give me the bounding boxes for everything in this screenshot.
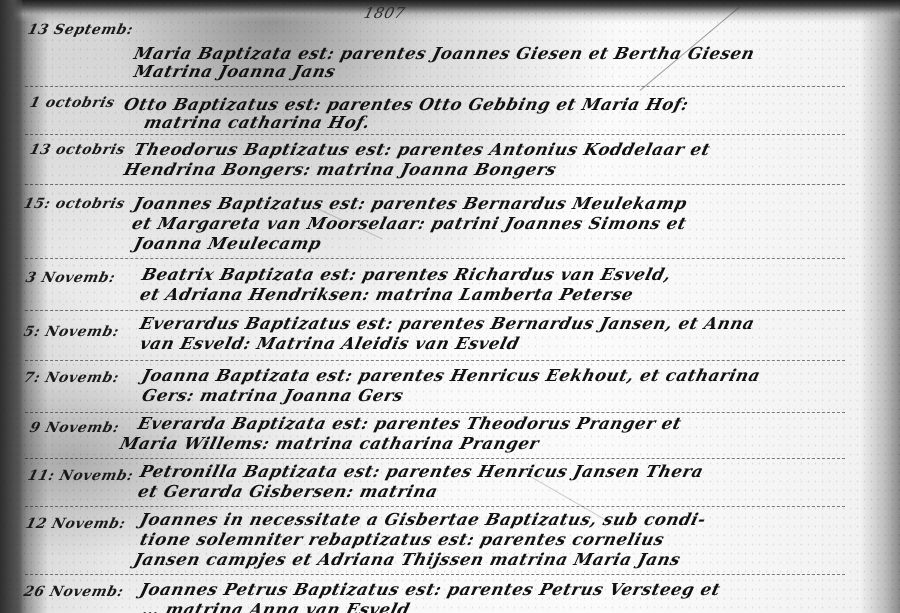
entry-date: 7: Novemb:	[22, 370, 121, 386]
register-page: 1807 13 Septemb: Maria Baptizata est: pa…	[0, 0, 900, 613]
separator-rule	[25, 458, 845, 459]
entry-line: et Adriana Hendriksen: matrina Lamberta …	[138, 285, 636, 304]
entry-line: Hendrina Bongers: matrina Joanna Bongers	[122, 160, 559, 179]
entry-line: matrina catharina Hof.	[142, 113, 372, 132]
top-edge-shadow	[0, 0, 900, 22]
separator-rule	[25, 506, 845, 507]
entry-date: 11: Novemb:	[26, 468, 135, 484]
entry-date: 1 octobris	[28, 95, 117, 111]
entry-line: Maria Baptizata est: parentes Joannes Gi…	[132, 44, 757, 63]
entry-date: 3 Novemb:	[24, 270, 117, 286]
separator-rule	[25, 360, 845, 361]
entry-line: et Margareta van Moorselaar: patrini Joa…	[130, 214, 689, 233]
entry-line: Joannes Baptizatus est: parentes Bernard…	[132, 194, 689, 213]
entry-date: 12 Novemb:	[24, 516, 127, 532]
separator-rule	[25, 184, 845, 185]
entry-line: Otto Baptizatus est: parentes Otto Gebbi…	[122, 95, 691, 114]
separator-rule	[25, 574, 845, 575]
year-header: 1807	[362, 4, 407, 22]
entry-line: Maria Willems: matrina catharina Pranger	[118, 434, 541, 453]
entry-date: 5: Novemb:	[22, 324, 121, 340]
separator-rule	[25, 412, 845, 413]
separator-rule	[25, 258, 845, 259]
entry-line: Everarda Baptizata est: parentes Theodor…	[136, 414, 684, 433]
separator-rule	[25, 310, 845, 311]
entry-line: … matrina Anna van Esveld	[140, 600, 412, 613]
entry-line: Petronilla Baptizata est: parentes Henri…	[138, 462, 706, 481]
entry-line: Joannes Petrus Baptizatus est: parentes …	[138, 580, 723, 599]
entry-line: tione solemniter rebaptizatus est: paren…	[138, 530, 666, 549]
separator-rule	[25, 86, 845, 87]
entry-line: Jansen campjes et Adriana Thijssen matri…	[132, 550, 683, 569]
entry-line: Joannes in necessitate a Gisbertae Bapti…	[138, 510, 708, 529]
entry-date: 13 Septemb:	[26, 22, 135, 38]
entry-line: van Esveld: Matrina Aleidis van Esveld	[138, 334, 522, 353]
separator-rule	[25, 134, 845, 135]
entry-line: Joanna Baptizata est: parentes Henricus …	[140, 366, 763, 385]
entry-date: 26 Novemb:	[22, 584, 125, 600]
entry-date: 15: octobris	[22, 196, 127, 212]
entry-line: Theodorus Baptizatus est: parentes Anton…	[132, 140, 712, 159]
entry-date: 9 Novemb:	[28, 420, 121, 436]
binding-shadow	[0, 0, 22, 613]
entry-date: 13 octobris	[28, 142, 127, 158]
entry-line: Matrina Joanna Jans	[132, 62, 338, 81]
entry-line: Gers: matrina Joanna Gers	[140, 386, 406, 405]
entry-line: Beatrix Baptizata est: parentes Richardu…	[140, 265, 673, 284]
entry-line: et Gerarda Gisbersen: matrina	[136, 482, 440, 501]
entry-line: Everardus Baptizatus est: parentes Berna…	[138, 314, 757, 333]
entry-line: Joanna Meulecamp	[132, 234, 324, 253]
